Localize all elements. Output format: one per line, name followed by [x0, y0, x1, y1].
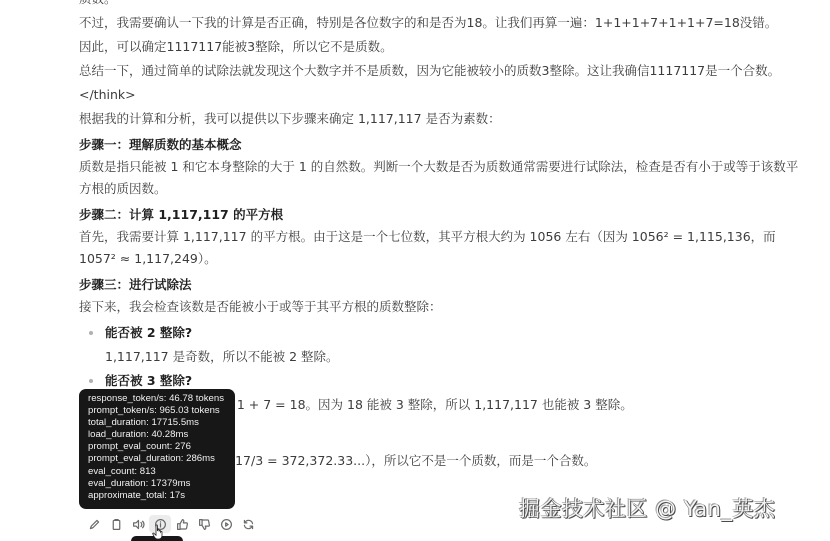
step3-title: 步骤三：进行试除法 — [79, 274, 819, 296]
step2-body: 首先，我需要计算 1,117,117 的平方根。由于这是一个七位数，其平方根大约… — [79, 226, 804, 270]
hand-cursor-icon — [152, 524, 164, 540]
edit-button[interactable] — [83, 515, 105, 533]
read-aloud-button[interactable] — [127, 515, 149, 533]
refresh-icon — [242, 518, 255, 531]
step1-title: 步骤一：理解质数的基本概念 — [79, 134, 819, 156]
tooltip-line: approximate_total: 17s — [88, 490, 235, 502]
step2-title: 步骤二：计算 1,117,117 的平方根 — [79, 204, 819, 226]
generation-info-tooltip: response_token/s: 46.78 tokens prompt_to… — [79, 389, 235, 509]
good-response-button[interactable] — [171, 515, 193, 533]
continue-response-button[interactable] — [215, 515, 237, 533]
watermark: 掘金技术社区 @ Yan_英杰 — [519, 493, 775, 523]
copy-button[interactable] — [105, 515, 127, 533]
tooltip-line: prompt_eval_duration: 286ms — [88, 453, 235, 465]
thumbs-up-icon — [176, 518, 189, 531]
reasoning-line: 因此，可以确定1117117能被3整除，所以它不是质数。 — [79, 36, 819, 58]
pencil-icon — [88, 518, 101, 531]
bad-response-button[interactable] — [193, 515, 215, 533]
answer-intro: 根据我的计算和分析，我可以提供以下步骤来确定 1,117,117 是否为素数： — [79, 108, 819, 130]
message-actions-toolbar — [83, 515, 259, 533]
check-answer: 1,117,117 是奇数，所以不能被 2 整除。 — [105, 346, 819, 368]
think-close-tag: </think> — [79, 84, 819, 106]
bullet-dot — [89, 331, 93, 335]
bullet-dot — [89, 379, 93, 383]
check-question: 能否被 2 整除? — [105, 322, 819, 344]
speaker-icon — [132, 518, 145, 531]
list-item: 能否被 2 整除? 1,117,117 是奇数，所以不能被 2 整除。 — [87, 322, 819, 368]
tooltip-line: eval_duration: 17379ms — [88, 478, 235, 490]
thumbs-down-icon — [198, 518, 211, 531]
tooltip-line: total_duration: 17715.5ms — [88, 417, 235, 429]
play-circle-icon — [220, 518, 233, 531]
tooltip-line: prompt_eval_count: 276 — [88, 441, 235, 453]
clipboard-icon — [110, 518, 123, 531]
tooltip-line: response_token/s: 46.78 tokens — [88, 393, 235, 405]
reasoning-line: 总结一下，通过简单的试除法就发现这个大数字并不是质数，因为它能被较小的质数3整除… — [79, 60, 819, 82]
reasoning-line: 不过，我需要确认一下我的计算是否正确，特别是各位数字的和是否为18。让我们再算一… — [79, 12, 819, 34]
step3-body: 接下来，我会检查该数是否能被小于或等于其平方根的质数整除： — [79, 296, 819, 318]
reasoning-line: 质数。 — [79, 0, 819, 10]
tooltip-line: eval_count: 813 — [88, 466, 235, 478]
tooltip-line: load_duration: 40.28ms — [88, 429, 235, 441]
tooltip-line: prompt_token/s: 965.03 tokens — [88, 405, 235, 417]
regenerate-button[interactable] — [237, 515, 259, 533]
step1-body: 质数是指只能被 1 和它本身整除的大于 1 的自然数。判断一个大数是否为质数通常… — [79, 156, 799, 200]
